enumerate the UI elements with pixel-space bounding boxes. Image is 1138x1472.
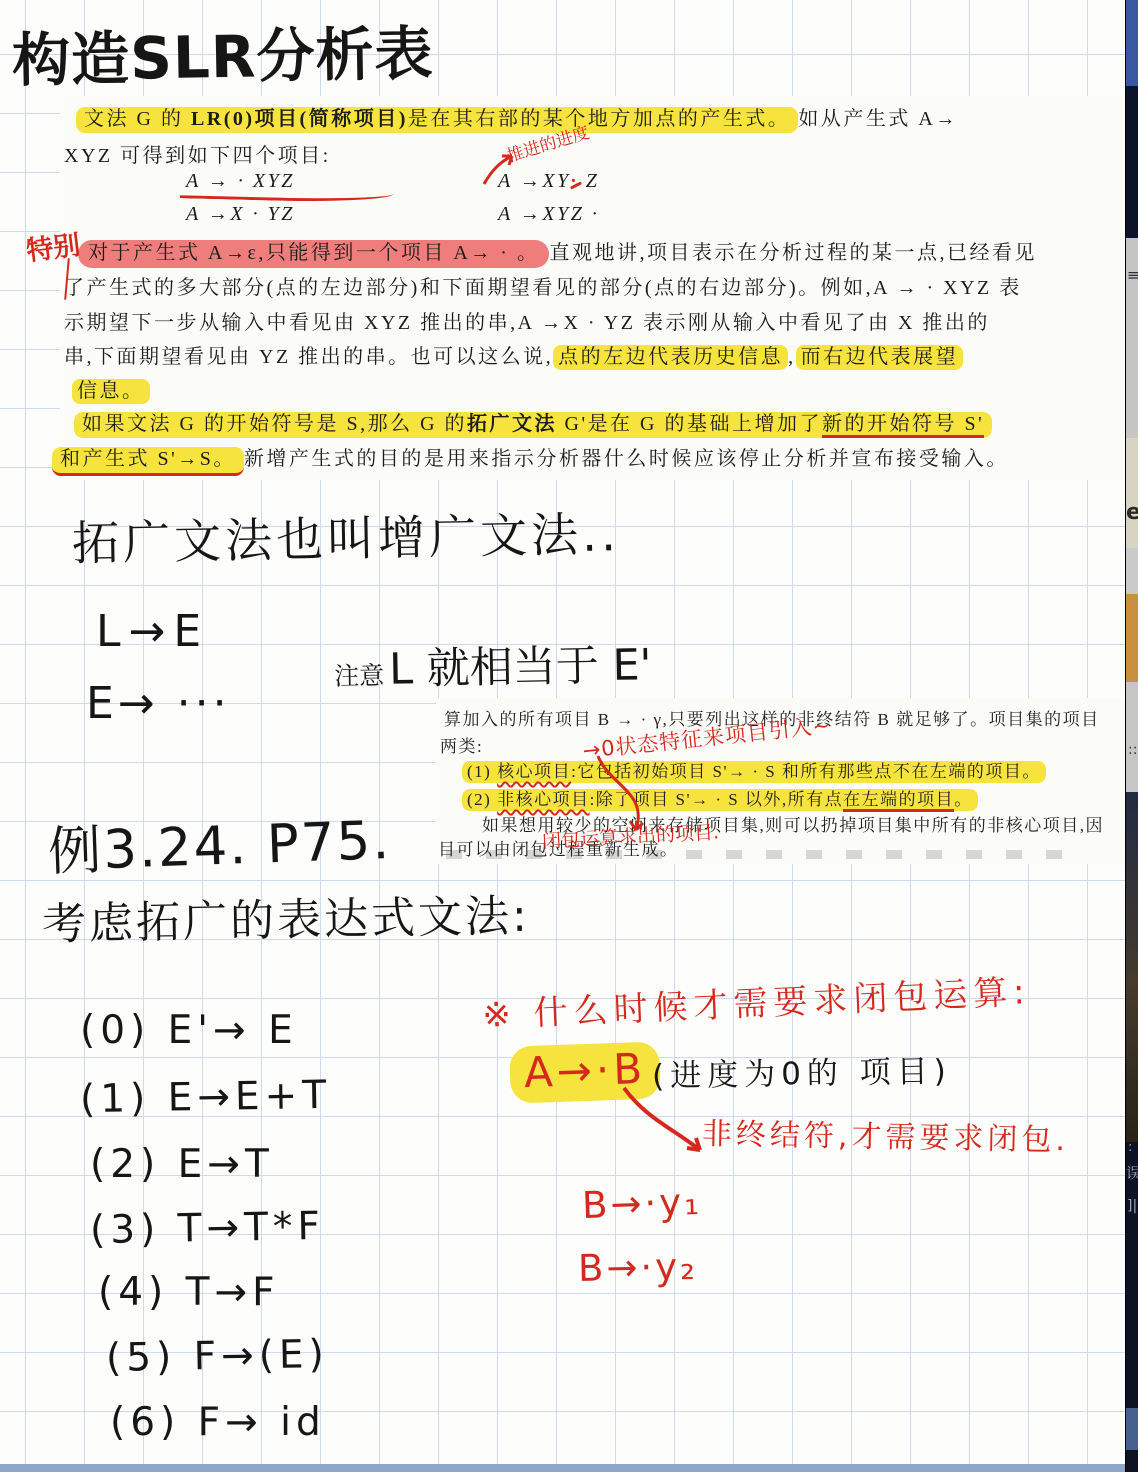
margin-note-teshu: 特别	[24, 223, 82, 268]
sliver-text-fragment-1: ≡	[1127, 266, 1138, 284]
hw-example-ref: 例3.24. P75.	[47, 798, 392, 886]
item2-noncore: 非核心项目	[497, 790, 590, 809]
grammar-prod-2: (2) E→T	[90, 1142, 274, 1187]
excerpt2-item1: (1) 核心项目:它包括初始项目 S'→ · S 和所有那些点不在左端的项目。	[462, 757, 1046, 782]
sliver-beige-panel	[1126, 438, 1138, 548]
hw-note-L-equals-Eprime: 注意 L 就相当于 E'	[333, 631, 651, 698]
grammar-prod-1: (1) E→E+T	[80, 1073, 332, 1122]
sliver-text-fragment-e: e|	[1126, 500, 1138, 525]
excerpt1-line2: XYZ 可得到如下四个项目:	[64, 139, 331, 168]
sliver-text-fragment-wu: 误	[1126, 1162, 1138, 1183]
excerpt1-l1-bold: LR(0)项目(简称项目)	[191, 108, 408, 130]
p3-l2-hl-underlined: 和产生式 S'→S。	[52, 447, 244, 476]
item2-mid: :除了项目 S'→ · S 以外,所有点	[590, 790, 844, 809]
closure-b1: B→·y₁	[581, 1180, 702, 1227]
p3-l2-rest: 新增产生式的目的是用来指示分析器什么时候应该停止分析并宣布接受输入。	[244, 448, 1009, 470]
grammar-prod-5: (5) F→(E)	[106, 1332, 330, 1381]
item2-num: (2)	[467, 790, 497, 809]
p2-l4-plain: 串,下面期望看见由 YZ 推出的串。也可以这么说,	[64, 346, 553, 368]
sliver-bottom-dark	[1126, 1450, 1138, 1472]
p3-l1-bold: 拓广文法	[467, 413, 557, 435]
sliver-blue-footer	[1126, 1408, 1138, 1450]
hw-note-rest: L 就相当于 E'	[389, 640, 652, 695]
p3-l1-c: G'是在 G 的基础上增加了	[557, 413, 822, 435]
grammar-prod-3: (3) T→T*F	[90, 1204, 326, 1253]
lr0-item-3: A →X · YZ	[186, 203, 295, 226]
sliver-text-fragment-3: :	[1128, 1140, 1132, 1155]
excerpt1-p2-line4: 串,下面期望看见由 YZ 推出的串。也可以这么说,点的左边代表历史信息,而右边代…	[64, 340, 963, 369]
p2-l4-hl1: 点的左边代表历史信息	[553, 345, 788, 370]
excerpt1-line1: 文法 G 的 LR(0)项目(简称项目)是在其右部的某个地方加点的产生式。如从产…	[76, 102, 958, 131]
item2-period: 。	[954, 790, 973, 809]
sliver-gray-3	[1126, 682, 1138, 792]
hw-production-L: L→E	[96, 606, 209, 657]
closure-item-highlighted: A→·B	[510, 1044, 660, 1101]
excerpt1-p2-line5: 信息。	[72, 374, 150, 403]
p2-l5-hl: 信息。	[72, 379, 150, 404]
excerpt1-p2-line1: 对于产生式 A→ε,只能得到一个项目 A→ · 。直观地讲,项目表示在分析过程的…	[78, 236, 1037, 265]
sliver-text-fragment-bracket: ]|	[1127, 1198, 1137, 1214]
sliver-orange-block	[1126, 594, 1138, 682]
excerpt1-p2-line3: 示期望下一步从输入中看见由 XYZ 推出的串,A →X · YZ 表示刚从输入中…	[64, 306, 990, 335]
sliver-text-fragment-2: ::	[1128, 742, 1137, 758]
lr0-item-4: A →XYZ ·	[498, 203, 599, 226]
item1-core: 核心项目	[497, 762, 571, 781]
excerpt2-line2: 两类:	[440, 732, 483, 757]
background-window-sliver[interactable]: ≡ e| :: : 误 ]|	[1125, 0, 1138, 1472]
grammar-prod-6: (6) F→ id	[110, 1400, 326, 1445]
excerpt2-item2: (2) 非核心项目:除了项目 S'→ · S 以外,所有点在左端的项目。	[462, 785, 978, 810]
red-underline-item1	[180, 169, 395, 204]
sliver-blue-header	[1126, 0, 1138, 86]
sliver-photo-region	[1126, 792, 1138, 1142]
closure-b2: B→·y₂	[578, 1245, 699, 1290]
grammar-prod-4: (4) T→F	[98, 1270, 280, 1315]
closure-item-suffix: (进度为0的 项目)	[652, 1045, 953, 1095]
excerpt1-l1-text2: 是在其右部的某个地方加点的产生式。	[408, 108, 791, 130]
item2-pre: A →XY	[498, 170, 571, 192]
item1-rest: :它包括初始项目 S'→ · S 和所有那些点不在左端的项目。	[571, 762, 1041, 781]
p2-l4-hl2: 而右边代表展望	[796, 345, 964, 370]
hw-consider-grammar: 考虑拓广的表达式文法:	[41, 880, 530, 953]
excerpt1-p3-line2: 和产生式 S'→S。新增产生式的目的是用来指示分析器什么时候应该停止分析并宣布接…	[52, 442, 1009, 471]
p2-pink-highlight: 对于产生式 A→ε,只能得到一个项目 A→ · 。	[78, 240, 549, 268]
hw-augmented-grammar: 拓广文法也叫增广文法..	[71, 497, 620, 574]
sliver-dark-navy	[1126, 86, 1138, 238]
p2-l4-comma: ,	[788, 346, 796, 368]
item2-post: Z	[578, 170, 599, 192]
closure-item-AB: A→·B	[509, 1041, 661, 1103]
p2-l1-rest: 直观地讲,项目表示在分析过程的某一点,已经看见	[549, 242, 1037, 264]
excerpt1-p3-line1: 如果文法 G 的开始符号是 S,那么 G 的拓广文法 G'是在 G 的基础上增加…	[74, 407, 992, 436]
sliver-gray-2	[1126, 548, 1138, 594]
p3-l1-underlined: 新的开始符号 S'	[822, 413, 984, 438]
lr0-item-2: A →XY· Z	[498, 170, 599, 193]
notes-app-canvas: 构造SLR分析表 文法 G 的 LR(0)项目(简称项目)是在其右部的某个地方加…	[0, 0, 1138, 1472]
excerpt1-p2-line2: 了产生式的多大部分(点的左边部分)和下面期望看见的部分(点的右边部分)。例如,A…	[64, 271, 1022, 300]
hw-note-zhuyi: 注意	[334, 661, 385, 691]
excerpt1-l1-rest: 如从产生式 A→	[798, 108, 957, 130]
closure-arrow-note: 非终结符,才需要求闭包.	[702, 1109, 1070, 1159]
page-bottom-edge	[0, 1464, 1125, 1472]
item1-num: (1)	[467, 762, 497, 781]
p3-l1-a: 如果文法 G 的开始符号是 S,那么 G 的	[82, 413, 467, 435]
hw-production-E: E→ ···	[86, 678, 231, 729]
page-title: 构造SLR分析表	[11, 6, 434, 97]
item2-left-end: 在左端的项目	[843, 790, 954, 812]
excerpt1-l1-text: 文法 G 的	[84, 108, 191, 130]
grammar-prod-0: (0) E'→ E	[80, 1008, 298, 1053]
